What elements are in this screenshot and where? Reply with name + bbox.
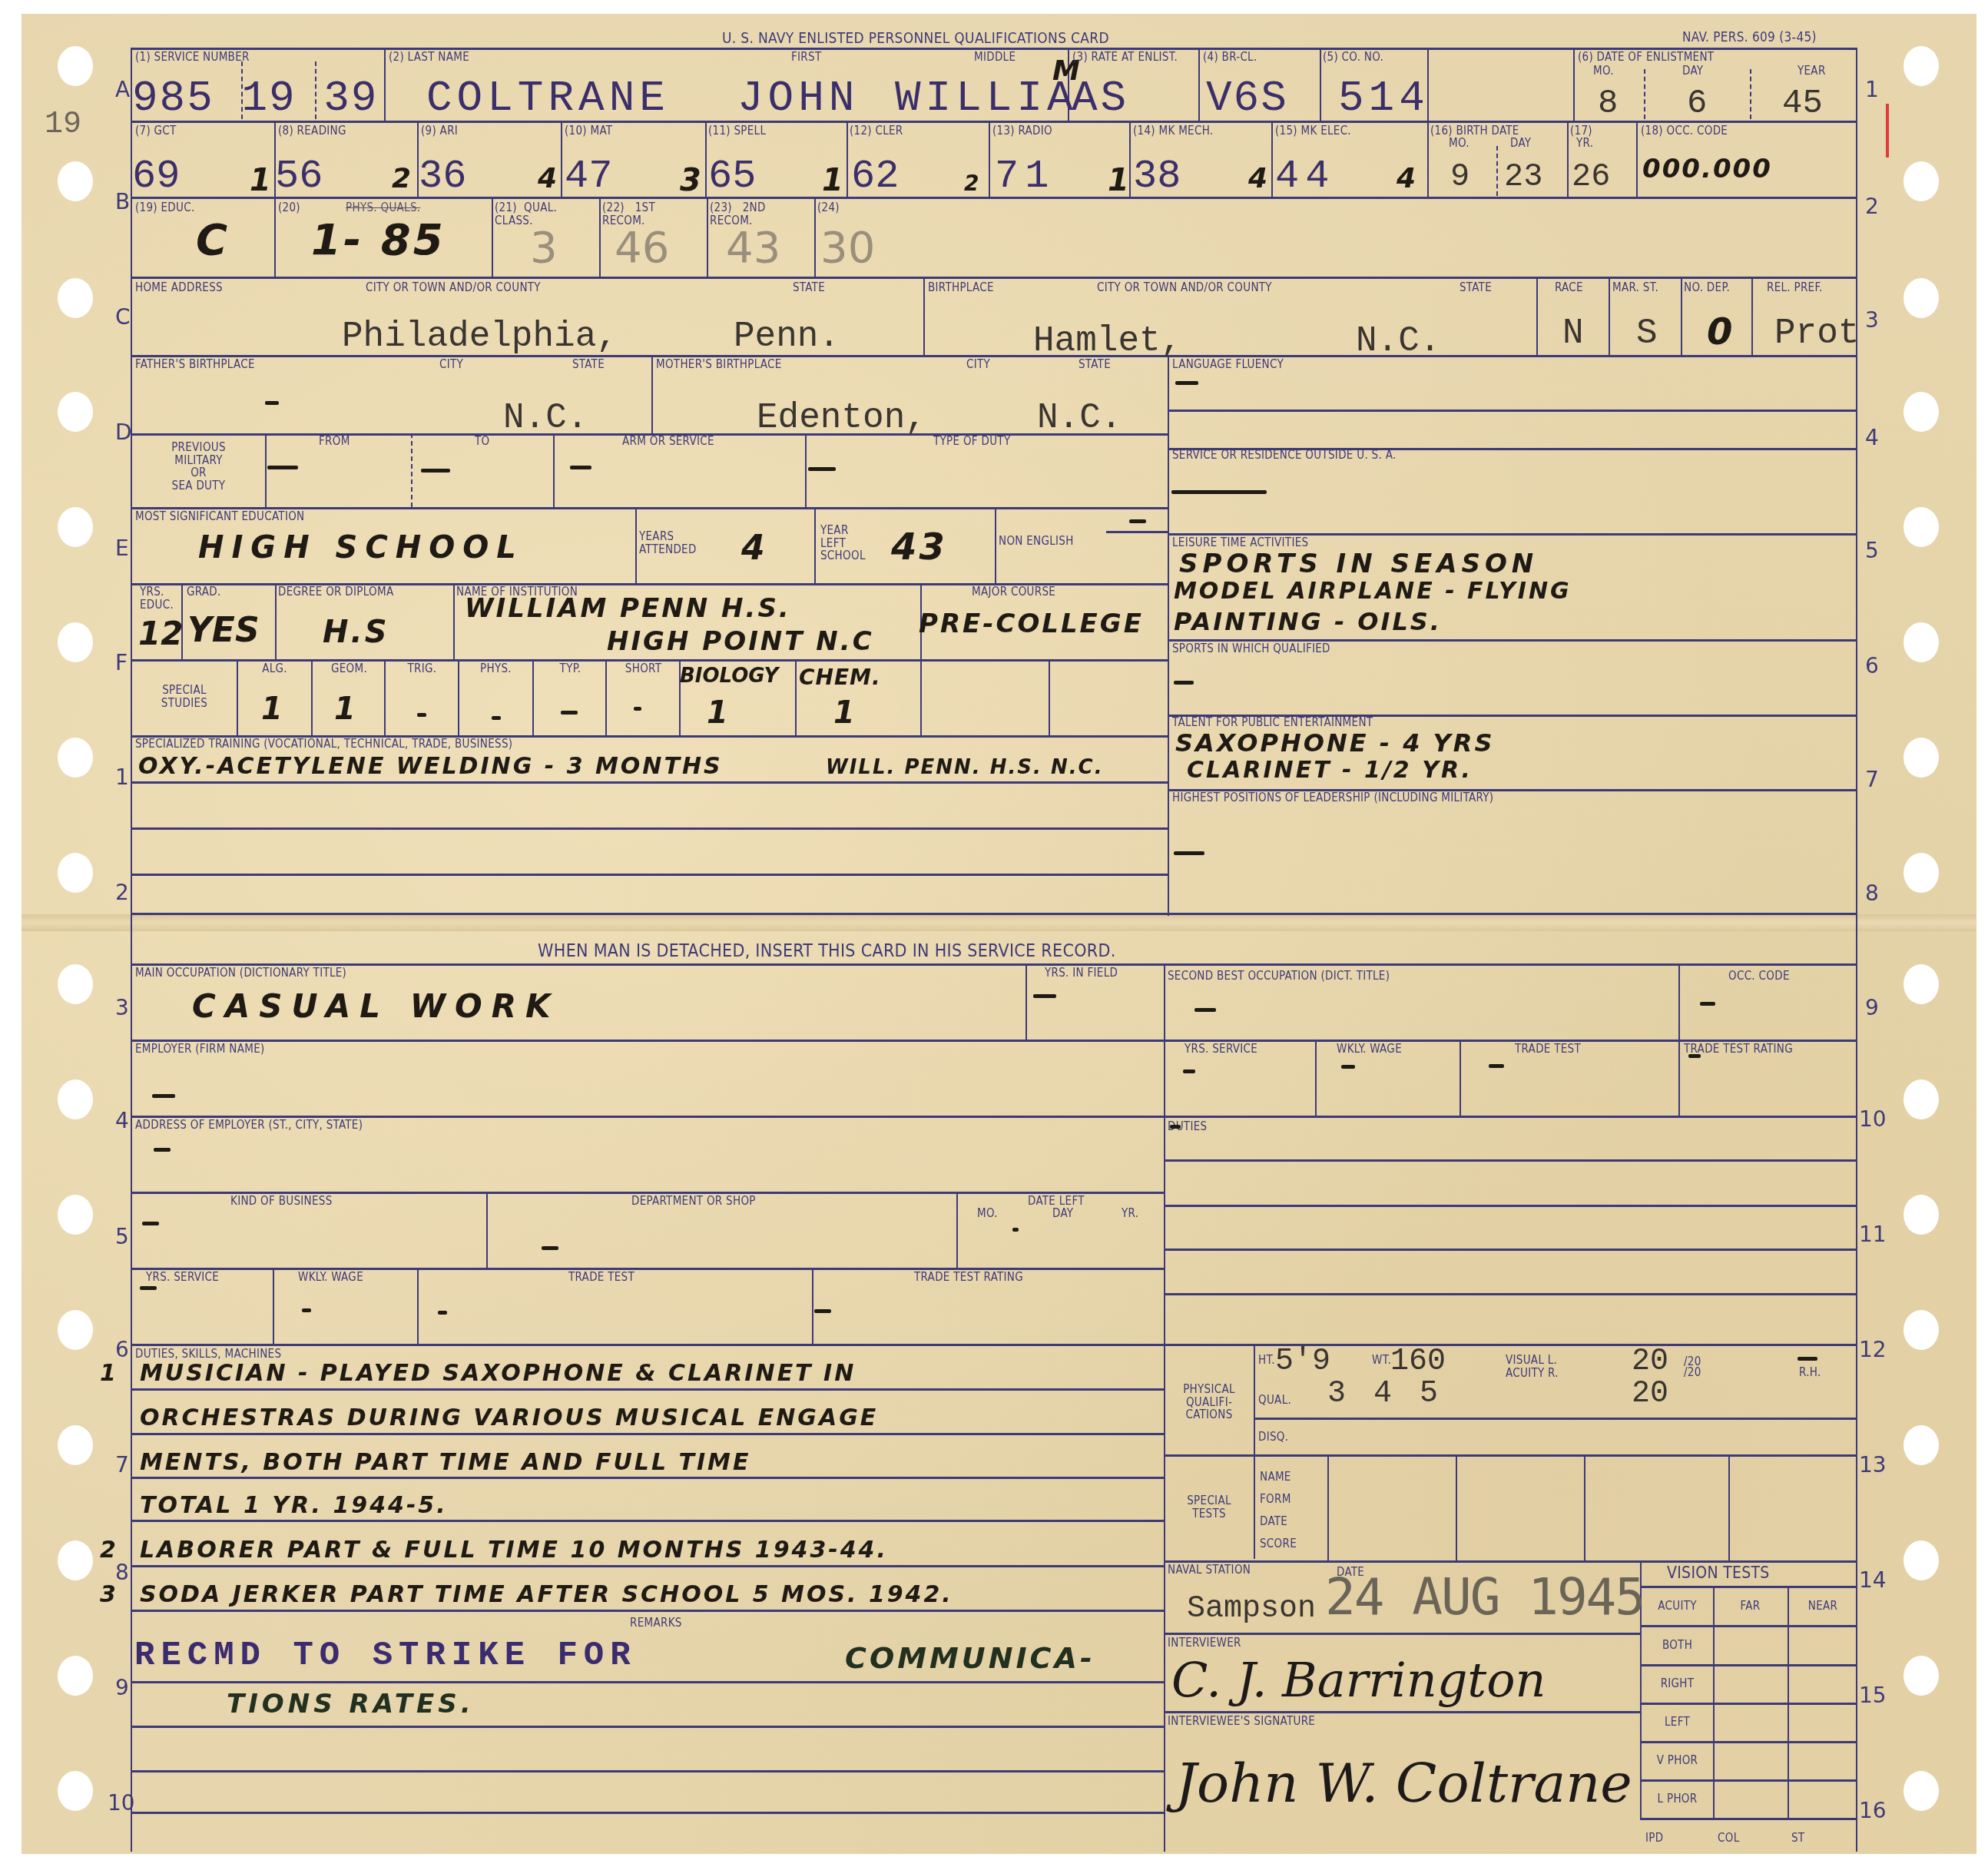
years-service-label: YRS. SERVICE	[146, 1271, 219, 1284]
handedness-mark	[1797, 1357, 1817, 1361]
qual-value: 3 4 5	[1327, 1377, 1443, 1411]
years-attended-label: YEARS ATTENDED	[639, 530, 697, 555]
mother-city-label: CITY	[966, 358, 990, 371]
birth-year-label: YR.	[1576, 137, 1593, 150]
score-mark-mk-elec: 4	[1397, 163, 1418, 194]
duty-line: TOTAL 1 YR. 1944-5.	[140, 1492, 448, 1519]
mother-state-label: STATE	[1078, 358, 1111, 371]
first-recommendation-value: 46	[615, 223, 669, 273]
vision-header: ACUITY	[1642, 1600, 1713, 1613]
mother-state-value: N.C.	[1037, 398, 1122, 438]
weekly-wage-label: WKLY. WAGE	[298, 1271, 363, 1284]
duty-line: MENTS, BOTH PART TIME AND FULL TIME	[140, 1449, 750, 1476]
enlistment-year-label: YEAR	[1797, 65, 1826, 78]
special-tests-label: SPECIAL TESTS	[1166, 1494, 1252, 1520]
birth-month-value: 9	[1450, 158, 1469, 195]
occ-code-label: (18) OCC. CODE	[1641, 124, 1728, 138]
punch-hole	[58, 1425, 93, 1465]
second-occ-code-value	[1700, 1002, 1715, 1006]
visual-acuity-left: 20	[1632, 1345, 1668, 1379]
talent-line: CLARINET - 1/2 YR.	[1187, 757, 1473, 784]
naval-station-value: Sampson	[1187, 1592, 1316, 1627]
vision-tests-title: VISION TESTS	[1667, 1564, 1770, 1582]
punch-hole	[58, 1079, 93, 1119]
score-value-spell: 65	[708, 154, 756, 199]
phys-quals-value: 1- 85	[311, 215, 446, 265]
punch-hole	[1904, 964, 1939, 1004]
specialized-training-location: WILL. PENN. H.S. N.C.	[826, 756, 1104, 779]
special-study-label: BIOLOGY	[680, 665, 778, 688]
education-value: C	[196, 215, 230, 265]
height-value: 5'9	[1275, 1345, 1330, 1379]
arm-service-value	[570, 466, 591, 469]
score-label-mk-mech: (14) MK MECH.	[1133, 124, 1213, 138]
sports-qualified-value	[1174, 681, 1194, 685]
score-value-mk-elec: 44	[1275, 154, 1335, 199]
main-occupation-label: MAIN OCCUPATION (DICTIONARY TITLE)	[135, 967, 346, 980]
department-value	[542, 1246, 558, 1250]
punch-hole	[58, 1310, 93, 1350]
punch-hole	[58, 964, 93, 1004]
punch-hole	[58, 161, 93, 201]
phys-quals-label: PHYS. QUALS.	[346, 201, 420, 214]
vision-footer: ST	[1791, 1832, 1804, 1845]
first-name-value: JOHN	[737, 74, 859, 123]
years-in-field-value	[1033, 994, 1056, 998]
row-marker: A	[115, 77, 130, 102]
score-value-radio: 71	[995, 154, 1055, 199]
score-label-gct: (7) GCT	[135, 124, 177, 138]
enlistment-date-label: (6) DATE OF ENLISTMENT	[1578, 51, 1714, 64]
service-outside-value	[1171, 490, 1267, 494]
leadership-label: HIGHEST POSITIONS OF LEADERSHIP (INCLUDI…	[1172, 791, 1493, 804]
remarks-line-2: TIONS RATES.	[227, 1689, 475, 1719]
home-city-label: CITY OR TOWN AND/OR COUNTY	[366, 281, 541, 294]
qual-label: QUAL.	[1258, 1394, 1291, 1407]
enlistment-day-value: 6	[1687, 85, 1707, 123]
special-test-row-label: FORM	[1260, 1493, 1291, 1506]
row-marker: 4	[1865, 425, 1879, 450]
rate-value: AS	[1072, 74, 1129, 123]
row-marker: 3	[115, 995, 129, 1020]
score-mark-gct: 1	[250, 163, 273, 198]
dependents-label: NO. DEP.	[1684, 281, 1730, 294]
birth-city-label: CITY OR TOWN AND/OR COUNTY	[1097, 281, 1272, 294]
punch-hole	[58, 392, 93, 432]
phys-quals-number: (20)	[278, 201, 300, 214]
last-name-value: COLTRANE	[426, 74, 670, 123]
score-label-cler: (12) CLER	[850, 124, 903, 138]
row-marker: 12	[1859, 1337, 1887, 1362]
special-study-value-short	[634, 707, 641, 711]
birth-date-label: (16) BIRTH DATE	[1430, 124, 1519, 138]
military-from-value	[267, 466, 298, 469]
score-mark-spell: 1	[822, 163, 846, 198]
trade-test-label: TRADE TEST	[568, 1271, 635, 1284]
special-study-label: CHEM.	[799, 665, 881, 690]
vision-footer: IPD	[1645, 1832, 1663, 1845]
punch-hole	[1904, 392, 1939, 432]
most-significant-education-value: HIGH SCHOOL	[198, 530, 524, 565]
punch-hole	[1904, 1079, 1939, 1119]
field-24-label: (24)	[817, 201, 840, 214]
row-marker: 6	[1865, 653, 1879, 678]
service-number-label: (1) SERVICE NUMBER	[135, 51, 250, 64]
score-label-reading: (8) READING	[278, 124, 346, 138]
leisure-activities-label: LEISURE TIME ACTIVITIES	[1172, 536, 1308, 549]
special-study-value: 1	[334, 691, 358, 727]
vision-row-label: BOTH	[1642, 1639, 1713, 1652]
military-from-label: FROM	[319, 435, 350, 448]
row-marker: 7	[115, 1452, 129, 1477]
punch-hole	[58, 622, 93, 662]
punch-hole	[1904, 1310, 1939, 1350]
trade-test-rating-label: TRADE TEST RATING	[914, 1271, 1023, 1284]
special-study-value: 1	[261, 691, 285, 727]
score-mark-cler: 2	[964, 171, 981, 196]
specialized-training-value: OXY.-ACETYLENE WELDING - 3 MONTHS	[138, 753, 723, 780]
birth-day-value: 23	[1504, 158, 1542, 195]
punch-hole	[1904, 853, 1939, 893]
dependents-value: 0	[1707, 310, 1735, 353]
special-study-value-phys	[492, 716, 501, 720]
sports-qualified-label: SPORTS IN WHICH QUALIFIED	[1172, 642, 1330, 655]
score-label-mk-elec: (15) MK ELEC.	[1275, 124, 1351, 138]
duty-line: ORCHESTRAS DURING VARIOUS MUSICAL ENGAGE	[140, 1404, 878, 1431]
birth-state-value: N.C.	[1356, 321, 1440, 361]
previous-military-label: PREVIOUS MILITARY OR SEA DUTY	[135, 441, 262, 492]
score-label-spell: (11) SPELL	[708, 124, 766, 138]
special-study-value: 1	[707, 695, 731, 731]
graduated-value: YES	[187, 611, 260, 650]
row-marker: 3	[1865, 307, 1879, 333]
punch-hole	[1904, 1425, 1939, 1465]
vision-footer: COL	[1718, 1832, 1739, 1845]
father-state-label: STATE	[572, 358, 605, 371]
punch-hole	[1904, 1656, 1939, 1696]
institution-line: HIGH POINT N.C	[607, 626, 874, 657]
punch-hole	[58, 853, 93, 893]
naval-station-label: NAVAL STATION	[1168, 1564, 1251, 1577]
marital-status-label: MAR. ST.	[1612, 281, 1658, 294]
row-marker: 9	[1865, 995, 1879, 1020]
right-years-service-value	[1183, 1069, 1195, 1073]
row-marker: 10	[1859, 1106, 1887, 1132]
punch-hole	[58, 738, 93, 778]
non-english-value	[1129, 519, 1146, 523]
special-test-row-label: DATE	[1260, 1515, 1287, 1528]
birth-day-label: DAY	[1510, 137, 1531, 150]
row-marker: C	[115, 304, 131, 330]
score-label-mat: (10) MAT	[565, 124, 612, 138]
middle-name-value: WILLIA	[895, 74, 1078, 123]
remarks-typed: RECMD TO STRIKE FOR	[134, 1637, 637, 1675]
leadership-value	[1174, 851, 1204, 855]
interviewee-signature: John W. Coltrane	[1175, 1752, 1632, 1815]
institution-line: WILLIAM PENN H.S.	[465, 593, 791, 624]
special-study-label: PHYS.	[459, 662, 532, 675]
red-pencil-mark	[1886, 104, 1889, 158]
score-label-radio: (13) RADIO	[992, 124, 1052, 138]
interviewee-label: INTERVIEWEE'S SIGNATURE	[1168, 1715, 1315, 1728]
employer-address-value	[154, 1148, 171, 1152]
father-city-value	[265, 401, 279, 405]
years-education-label: YRS. EDUC.	[140, 585, 174, 611]
special-study-value-typ	[561, 711, 578, 715]
enlistment-day-label: DAY	[1682, 65, 1703, 78]
birth-month-label: MO.	[1449, 137, 1469, 150]
religion-label: REL. PREF.	[1767, 281, 1823, 294]
date-left-month-label: MO.	[977, 1207, 998, 1220]
religion-value: Prot	[1774, 313, 1859, 353]
row-marker: 11	[1859, 1222, 1887, 1247]
education-label: (19) EDUC.	[135, 201, 195, 214]
form-number: NAV. PERS. 609 (3-45)	[1682, 31, 1817, 45]
branch-class-value: V6S	[1206, 74, 1288, 123]
row-marker: 1	[1865, 77, 1879, 102]
punch-hole	[1904, 1540, 1939, 1580]
row-marker: 1	[115, 764, 129, 790]
second-occ-code-label: OCC. CODE	[1728, 970, 1790, 983]
employer-value	[152, 1094, 175, 1098]
entry-marker: 3	[100, 1581, 116, 1608]
specialized-training-label: SPECIALIZED TRAINING (VOCATIONAL, TECHNI…	[135, 738, 512, 751]
weekly-wage-value	[302, 1308, 311, 1312]
score-value-ari: 36	[419, 154, 466, 199]
right-trade-test-rating-label: TRADE TEST RATING	[1684, 1043, 1793, 1056]
enlistment-month-label: MO.	[1593, 65, 1614, 78]
main-occupation-value: CASUAL WORK	[192, 987, 560, 1025]
score-value-mk-mech: 38	[1133, 154, 1181, 199]
row-marker: 5	[115, 1224, 129, 1249]
last-name-label: (2) LAST NAME	[389, 51, 469, 64]
talent-line: SAXOPHONE - 4 YRS	[1175, 728, 1494, 758]
mother-city-value: Edenton,	[757, 398, 926, 438]
leisure-activity-line: MODEL AIRPLANE - FLYING	[1174, 578, 1572, 605]
row-marker: 7	[1865, 767, 1879, 792]
type-of-duty-label: TYPE OF DUTY	[933, 435, 1010, 448]
row-marker: 6	[115, 1337, 129, 1362]
score-mark-reading: 2	[392, 163, 413, 194]
talent-label: TALENT FOR PUBLIC ENTERTAINMENT	[1172, 716, 1373, 729]
enlistment-month-value: 8	[1598, 85, 1618, 123]
punch-hole	[58, 278, 93, 318]
degree-label: DEGREE OR DIPLOMA	[278, 585, 393, 599]
vision-row-label: V PHOR	[1642, 1754, 1713, 1767]
birthplace-label: BIRTHPLACE	[928, 281, 994, 294]
special-studies-label: SPECIAL STUDIES	[135, 684, 234, 709]
row-marker: 15	[1859, 1683, 1887, 1708]
row-marker: E	[115, 536, 129, 561]
entry-marker: 1	[100, 1360, 116, 1387]
row-marker: 5	[1865, 538, 1879, 563]
vision-header: FAR	[1715, 1600, 1786, 1613]
row-marker: 16	[1859, 1798, 1887, 1823]
card-title: U. S. NAVY ENLISTED PERSONNEL QUALIFICAT…	[722, 31, 1109, 47]
remarks-label: REMARKS	[630, 1617, 682, 1630]
right-trade-test-value	[1489, 1064, 1504, 1068]
page-mark: 19	[45, 108, 81, 142]
date-left-day-label: DAY	[1052, 1207, 1073, 1220]
major-course-value: PRE-COLLEGE	[919, 609, 1144, 639]
visual-acuity-right: 20	[1632, 1377, 1668, 1411]
vision-row-label: RIGHT	[1642, 1677, 1713, 1690]
trade-test-value	[438, 1311, 447, 1315]
arm-service-label: ARM OR SERVICE	[622, 435, 714, 448]
employer-address-label: ADDRESS OF EMPLOYER (ST., CITY, STATE)	[135, 1119, 363, 1132]
punch-hole	[58, 1195, 93, 1235]
qual-class-value: 3	[530, 223, 558, 273]
first-name-label: FIRST	[791, 51, 821, 64]
card-fold	[22, 914, 1976, 931]
score-label-ari: (9) ARI	[421, 124, 458, 138]
row-marker: 9	[115, 1675, 129, 1700]
occ-code-value: 000.000	[1642, 154, 1772, 184]
punch-hole	[1904, 46, 1939, 86]
language-fluency-value	[1175, 381, 1198, 385]
visual-acuity-right-denom: /20	[1684, 1366, 1701, 1379]
score-mark-ari: 4	[538, 163, 559, 194]
punch-hole	[58, 1771, 93, 1811]
field-24-value: 30	[820, 223, 875, 273]
right-weekly-wage-value	[1341, 1065, 1355, 1069]
detach-notice: WHEN MAN IS DETACHED, INSERT THIS CARD I…	[538, 942, 1116, 961]
row-marker: 2	[1865, 194, 1879, 219]
branch-class-label: (4) BR-CL.	[1203, 51, 1257, 64]
score-mark-radio: 1	[1108, 163, 1132, 198]
years-education-value: 12	[138, 615, 183, 652]
vision-row-label: L PHOR	[1642, 1792, 1713, 1806]
special-test-row-label: NAME	[1260, 1471, 1291, 1484]
disqualification-label: DISQ.	[1258, 1431, 1288, 1444]
major-course-label: MAJOR COURSE	[972, 585, 1055, 599]
graduated-label: GRAD.	[187, 585, 221, 599]
handedness-label: R.H.	[1799, 1366, 1821, 1379]
date-left-year-label: YR.	[1122, 1207, 1138, 1220]
height-label: HT.	[1258, 1354, 1275, 1367]
company-number-label: (5) CO. NO.	[1323, 51, 1383, 64]
duty-line: SODA JERKER PART TIME AFTER SCHOOL 5 MOS…	[140, 1581, 953, 1608]
interviewer-label: INTERVIEWER	[1168, 1637, 1241, 1650]
vision-header: NEAR	[1789, 1600, 1857, 1613]
punch-hole	[1904, 161, 1939, 201]
punch-hole	[1904, 1771, 1939, 1811]
years-in-field-label: YRS. IN FIELD	[1045, 967, 1118, 980]
duty-line: LABORER PART & FULL TIME 10 MONTHS 1943-…	[140, 1537, 888, 1564]
date-left-value	[1012, 1228, 1019, 1232]
birth-year-value: 26	[1572, 158, 1610, 195]
special-study-label: TRIG.	[386, 662, 459, 675]
weight-label: WT.	[1372, 1354, 1391, 1367]
vision-row-label: LEFT	[1642, 1716, 1713, 1729]
right-trade-rating-value	[1688, 1054, 1701, 1058]
middle-name-label: MIDDLE	[974, 51, 1016, 64]
visual-acuity-label: VISUAL L. ACUITY R.	[1506, 1354, 1559, 1379]
duties-skills-label: DUTIES, SKILLS, MACHINES	[135, 1348, 281, 1361]
row-marker: 2	[115, 880, 129, 905]
row-marker: 8	[115, 1560, 129, 1585]
row-marker: F	[115, 650, 128, 675]
remarks-handwritten: COMMUNICA-	[845, 1641, 1095, 1675]
row-marker: 4	[115, 1108, 129, 1133]
punch-hole	[1904, 507, 1939, 547]
second-occupation-label: SECOND BEST OCCUPATION (DICT. TITLE)	[1168, 970, 1390, 983]
special-study-label: GEOM.	[313, 662, 386, 675]
row-marker: B	[115, 189, 130, 214]
score-mark-mat: 3	[680, 163, 704, 198]
non-english-label: NON ENGLISH	[999, 535, 1074, 548]
punch-hole	[1904, 1195, 1939, 1235]
duty-line: MUSICIAN - PLAYED SAXOPHONE & CLARINET I…	[140, 1360, 856, 1387]
punch-hole	[58, 507, 93, 547]
score-value-cler: 62	[851, 154, 899, 199]
home-state-value: Penn.	[734, 317, 840, 356]
home-city-value: Philadelphia,	[342, 317, 618, 356]
row-marker: D	[115, 419, 132, 445]
birth-city-value: Hamlet,	[1033, 321, 1181, 361]
special-study-value: 1	[833, 695, 857, 731]
most-significant-education-label: MOST SIGNIFICANT EDUCATION	[135, 510, 304, 523]
trade-test-rating-value	[814, 1309, 831, 1313]
punch-hole	[1904, 738, 1939, 778]
department-label: DEPARTMENT OR SHOP	[631, 1195, 756, 1208]
leisure-activity-line: SPORTS IN SEASON	[1179, 549, 1538, 579]
race-label: RACE	[1555, 281, 1583, 294]
score-value-mat: 47	[565, 154, 612, 199]
years-attended-value: 4	[741, 529, 767, 568]
row-marker: 13	[1859, 1452, 1887, 1477]
punch-hole	[1904, 278, 1939, 318]
punch-hole	[58, 1540, 93, 1580]
birth-state-label: STATE	[1460, 281, 1492, 294]
row-marker: 8	[1865, 880, 1879, 906]
father-birthplace-label: FATHER'S BIRTHPLACE	[135, 358, 255, 371]
father-state-value: N.C.	[503, 398, 588, 438]
company-number-value: 514	[1338, 74, 1430, 123]
special-study-label: SHORT	[607, 662, 680, 675]
enlistment-year-value: 45	[1782, 85, 1823, 123]
kind-of-business-value	[142, 1222, 159, 1225]
military-to-value	[421, 469, 450, 473]
year-left-school-label: YEAR LEFT SCHOOL	[820, 524, 866, 562]
year-left-school-value: 43	[891, 526, 947, 569]
degree-value: H.S	[323, 615, 389, 650]
special-study-label: TYP.	[534, 662, 607, 675]
score-mark-mk-mech: 4	[1248, 163, 1270, 194]
type-of-duty-value	[808, 467, 836, 471]
duties-value	[1170, 1125, 1181, 1129]
second-recommendation-value: 43	[726, 223, 780, 273]
interviewer-signature: C. J. Barrington	[1171, 1652, 1546, 1708]
weight-value: 160	[1390, 1345, 1446, 1379]
home-address-label: HOME ADDRESS	[135, 281, 223, 294]
score-value-gct: 69	[132, 154, 180, 199]
years-service-value	[140, 1286, 157, 1290]
special-test-row-label: SCORE	[1260, 1537, 1297, 1550]
right-weekly-wage-label: WKLY. WAGE	[1337, 1043, 1402, 1056]
service-outside-label: SERVICE OR RESIDENCE OUTSIDE U. S. A.	[1172, 449, 1397, 462]
punch-hole	[58, 46, 93, 86]
second-occupation-value	[1194, 1008, 1216, 1012]
station-date-stamp: 24 AUG 1945	[1325, 1567, 1644, 1627]
entry-marker: 2	[100, 1537, 116, 1564]
race-value: N	[1562, 313, 1584, 353]
rate-label: (3) RATE AT ENLIST.	[1072, 51, 1178, 64]
military-to-label: TO	[475, 435, 489, 448]
special-study-value-trig	[417, 713, 426, 717]
right-years-service-label: YRS. SERVICE	[1185, 1043, 1257, 1056]
employer-label: EMPLOYER (FIRM NAME)	[135, 1043, 265, 1056]
